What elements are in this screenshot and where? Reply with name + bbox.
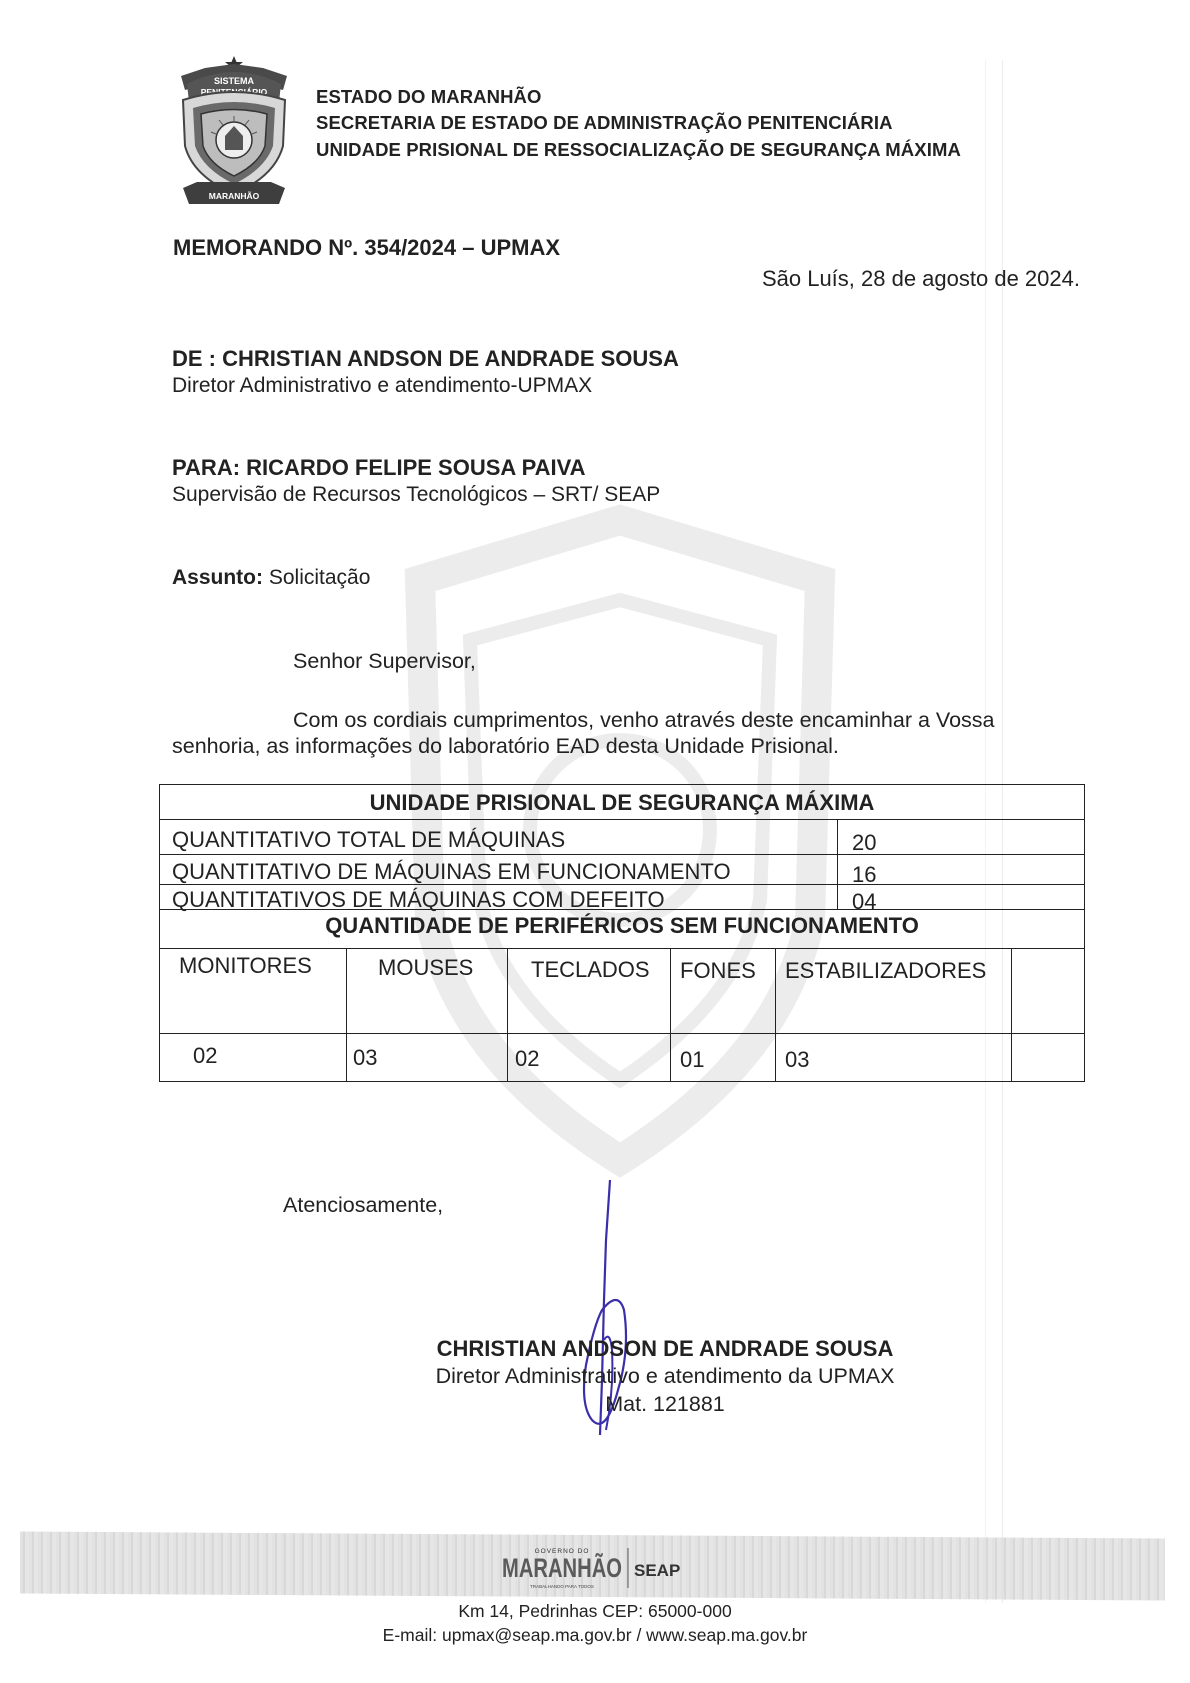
- peripheral-header: MOUSES: [378, 955, 473, 981]
- sistema-penitenciario-logo-icon: SISTEMA PENITENCIÁRIO MARANHÃO: [175, 54, 293, 206]
- peripheral-header: FONES: [680, 958, 756, 984]
- subject-value: Solicitação: [269, 566, 371, 589]
- table-row-value: 16: [852, 862, 876, 888]
- lab-info-table: UNIDADE PRISIONAL DE SEGURANÇA MÁXIMA QU…: [159, 784, 1085, 1082]
- peripheral-value: 03: [353, 1045, 377, 1071]
- table-row-label: QUANTITATIVO TOTAL DE MÁQUINAS: [172, 827, 565, 853]
- subject-line: Assunto: Solicitação: [172, 566, 370, 590]
- footer-address: Km 14, Pedrinhas CEP: 65000-000: [0, 1601, 1190, 1622]
- body-line-2: senhoria, as informações do laboratório …: [172, 733, 839, 760]
- table-row-label: QUANTITATIVOS DE MÁQUINAS COM DEFEITO: [172, 887, 665, 913]
- signatory-name: CHRISTIAN ANDSON DE ANDRADE SOUSA: [300, 1336, 1030, 1362]
- header-state: ESTADO DO MARANHÃO: [316, 86, 542, 108]
- table-title: UNIDADE PRISIONAL DE SEGURANÇA MÁXIMA: [160, 790, 1084, 816]
- peripheral-value: 03: [785, 1047, 809, 1073]
- svg-text:SEAP: SEAP: [634, 1561, 680, 1580]
- subject-label: Assunto:: [172, 566, 263, 589]
- peripheral-value: 02: [515, 1046, 539, 1072]
- svg-text:MARANHÃO: MARANHÃO: [502, 1552, 622, 1583]
- peripheral-header: ESTABILIZADORES: [785, 958, 986, 984]
- peripheral-value: 02: [193, 1043, 217, 1069]
- table-row-value: 04: [852, 889, 876, 915]
- peripherals-title: QUANTIDADE DE PERIFÉRICOS SEM FUNCIONAME…: [160, 913, 1084, 939]
- body-line-1: Com os cordiais cumprimentos, venho atra…: [293, 707, 994, 734]
- to-role: Supervisão de Recursos Tecnológicos – SR…: [172, 483, 660, 507]
- memo-date: São Luís, 28 de agosto de 2024.: [762, 266, 1080, 292]
- svg-text:MARANHÃO: MARANHÃO: [209, 191, 260, 201]
- header-unit: UNIDADE PRISIONAL DE RESSOCIALIZAÇÃO DE …: [316, 139, 961, 161]
- governo-maranhao-logo-icon: GOVERNO DO MARANHÃO TRABALHANDO PARA TOD…: [498, 1544, 698, 1592]
- table-row-label: QUANTITATIVO DE MÁQUINAS EM FUNCIONAMENT…: [172, 859, 731, 885]
- signatory-role: Diretor Administrativo e atendimento da …: [300, 1364, 1030, 1389]
- peripheral-header: MONITORES: [179, 953, 312, 979]
- signatory-registration: Mat. 121881: [300, 1392, 1030, 1417]
- footer-contact: E-mail: upmax@seap.ma.gov.br / www.seap.…: [0, 1625, 1190, 1646]
- from-line: DE : CHRISTIAN ANDSON DE ANDRADE SOUSA: [172, 346, 679, 372]
- memo-title: MEMORANDO Nº. 354/2024 – UPMAX: [173, 235, 560, 261]
- to-line: PARA: RICARDO FELIPE SOUSA PAIVA: [172, 455, 586, 481]
- svg-text:TRABALHANDO PARA TODOS: TRABALHANDO PARA TODOS: [530, 1584, 594, 1589]
- header-secretariat: SECRETARIA DE ESTADO DE ADMINISTRAÇÃO PE…: [316, 112, 893, 134]
- table-row-value: 20: [852, 830, 876, 856]
- peripheral-header: TECLADOS: [531, 957, 650, 983]
- salutation: Senhor Supervisor,: [293, 648, 476, 675]
- closing: Atenciosamente,: [283, 1193, 443, 1218]
- peripheral-value: 01: [680, 1047, 704, 1073]
- svg-text:SISTEMA: SISTEMA: [214, 76, 255, 86]
- from-role: Diretor Administrativo e atendimento-UPM…: [172, 374, 592, 398]
